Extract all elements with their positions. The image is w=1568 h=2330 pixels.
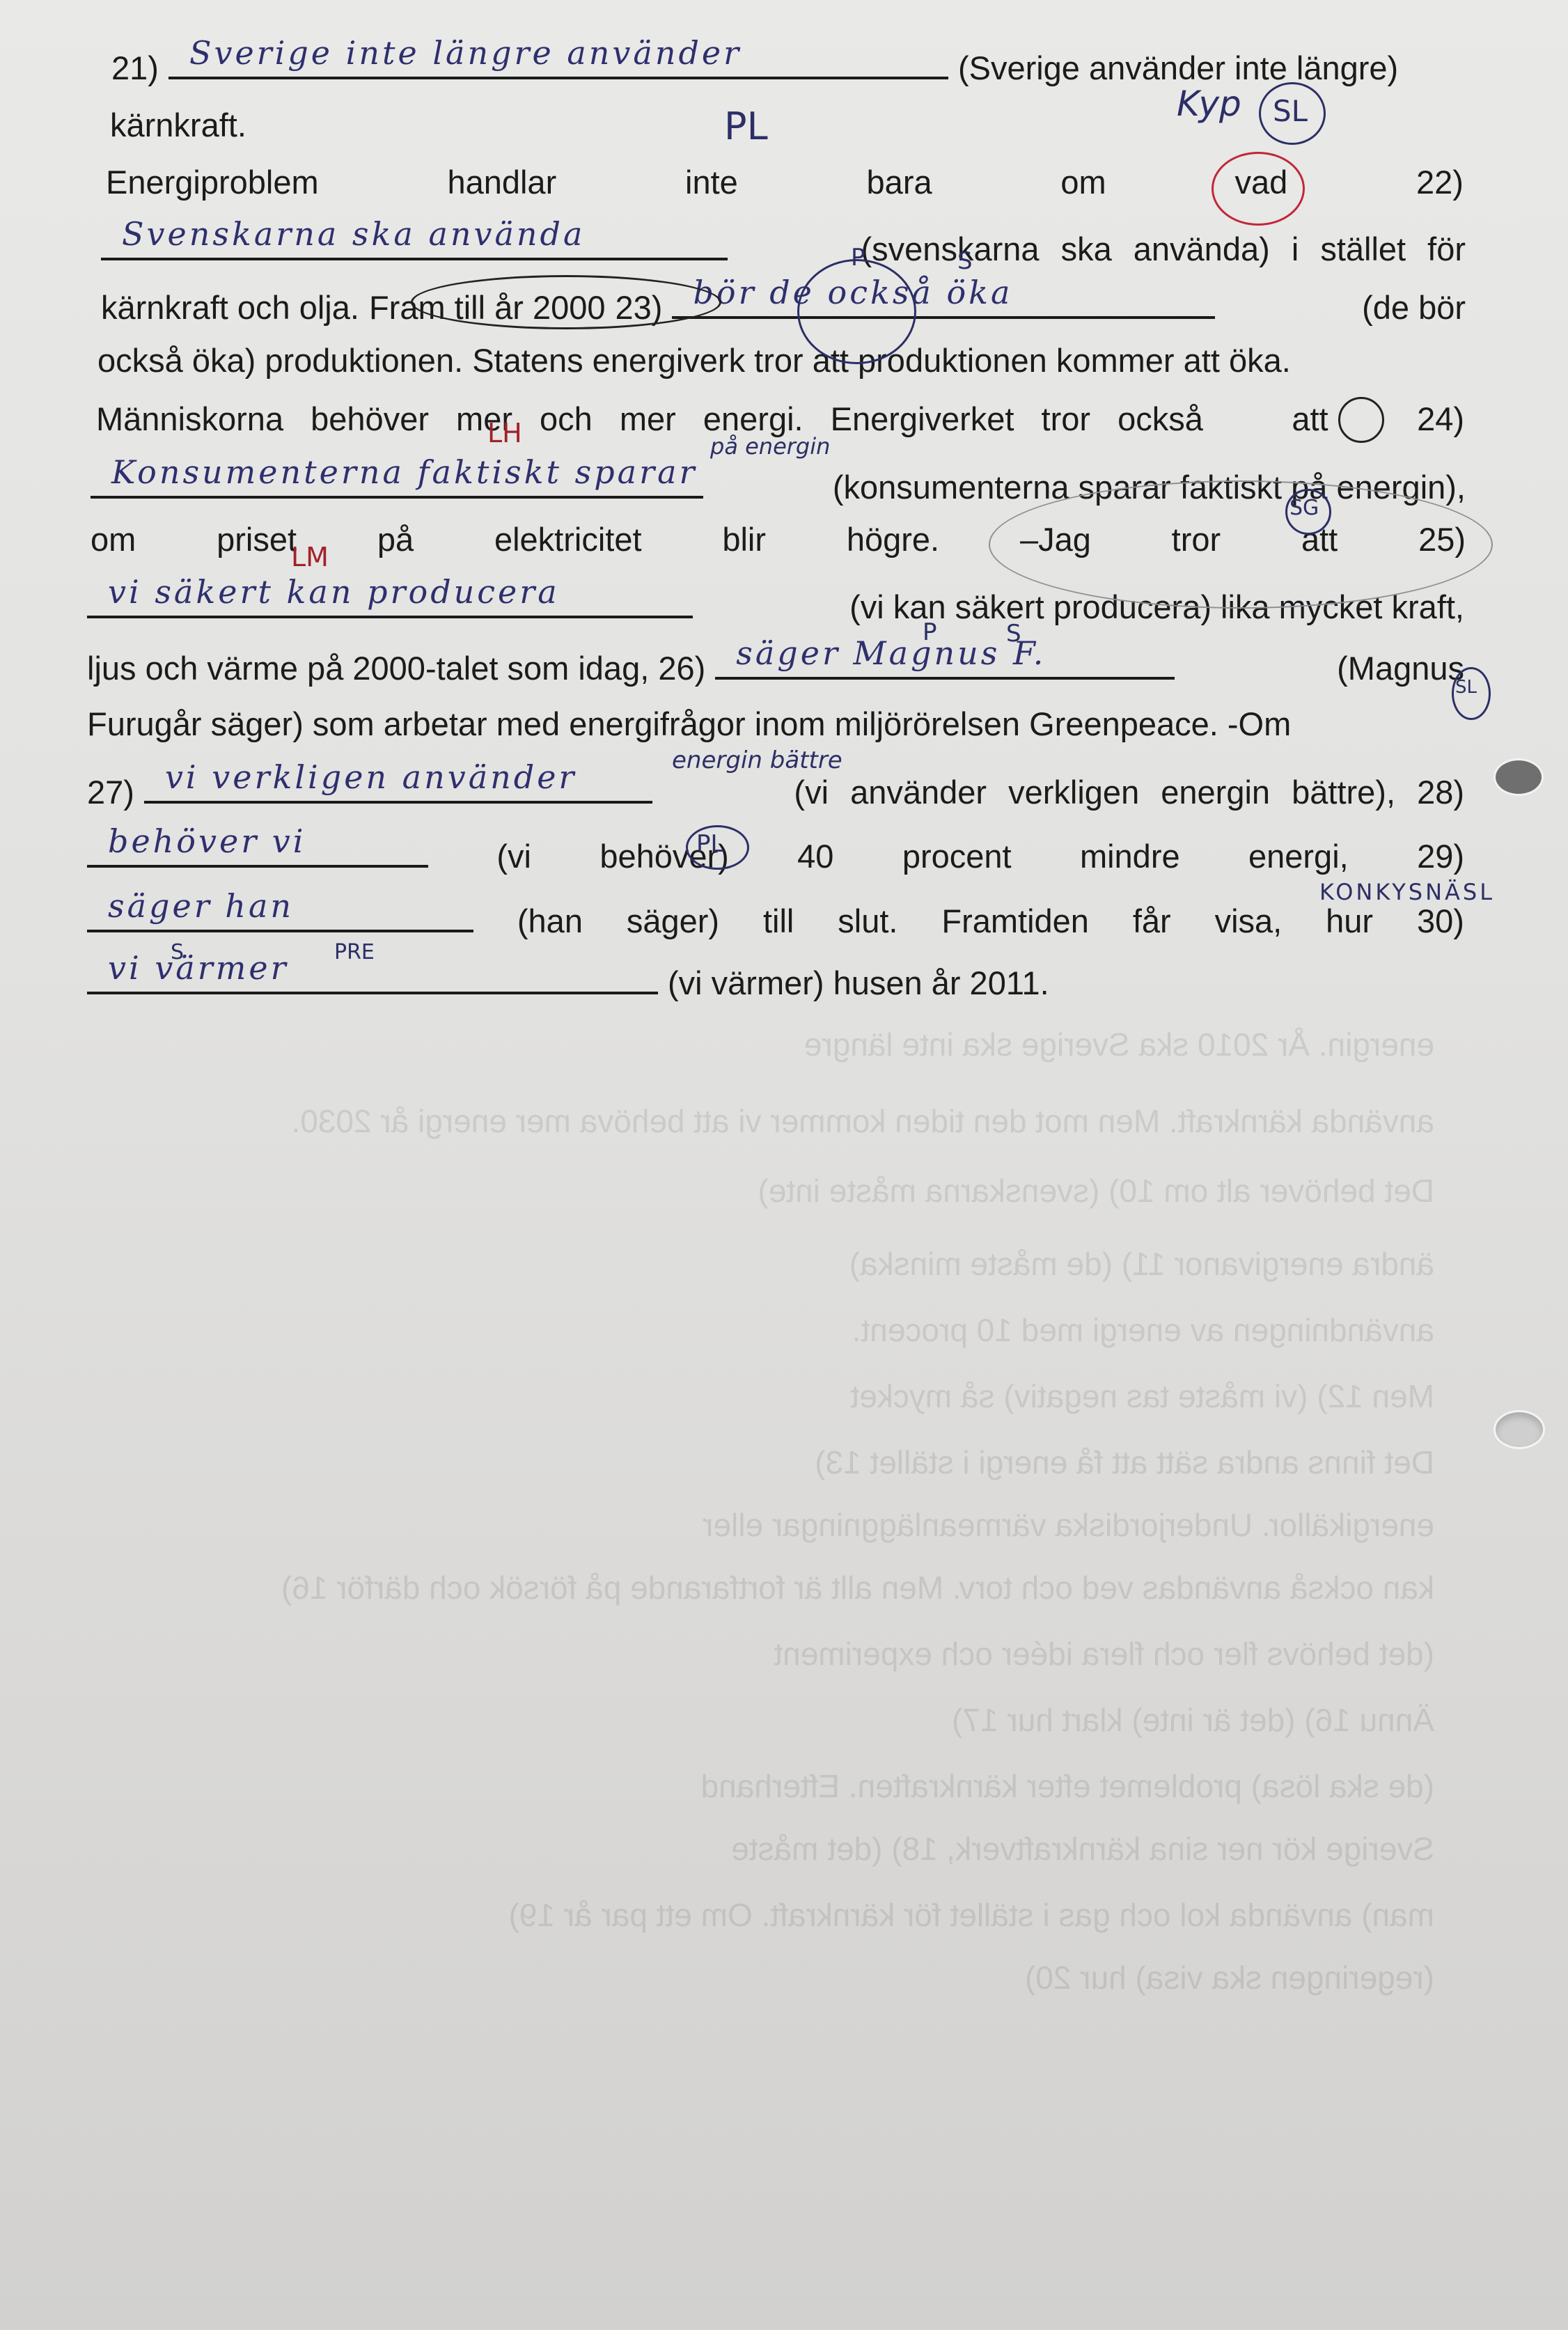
annotation-p: P (923, 618, 937, 646)
item-number: 21) (111, 47, 159, 89)
prompt-text: (vi använder verkligen energin bättre), … (794, 772, 1464, 813)
body-text: Människorna behöver mer och mer energi. … (96, 398, 1203, 440)
answer-blank-28[interactable]: behöver vi (87, 829, 428, 868)
punch-hole (1496, 760, 1542, 794)
word: får (1133, 900, 1171, 942)
prompt-text: (Magnus (1337, 648, 1464, 689)
answer-blank-25[interactable]: vi säkert kan producera (87, 579, 693, 618)
exercise-line-23: kärnkraft och olja. Fram till år 2000 23… (101, 280, 1466, 329)
word: (vi (496, 836, 531, 877)
annotation-kyp: Kyp (1177, 84, 1241, 124)
answer-blank-22[interactable]: Svenskarna ska använda (101, 221, 728, 260)
prompt-text: (Sverige använder inte längre) (958, 47, 1398, 89)
word: (han (517, 900, 583, 942)
word: om (91, 519, 136, 561)
prompt-text: (de bör (1362, 287, 1466, 329)
annotation-s: S (1006, 620, 1021, 648)
annotation-s: S (957, 247, 973, 275)
word: slut. (838, 900, 897, 942)
scanned-page: energin. År 2010 ska Sverige ska inte lä… (0, 0, 1568, 2330)
handwritten-answer: Svenskarna ska använda (122, 213, 585, 255)
ghost-line: energikällor. Underjordiska värmeanläggn… (42, 1504, 1434, 1546)
word: Framtiden (941, 900, 1089, 942)
handwritten-answer: säger Magnus F. (736, 632, 1046, 674)
answer-blank-26[interactable]: säger Magnus F. (715, 641, 1175, 680)
annotation-energin-battre: energin bättre (672, 746, 842, 774)
word: visa, (1215, 900, 1283, 942)
handwritten-answer: Sverige inte längre använder (189, 32, 742, 74)
ghost-line: ändra energivanor 11) (de måste minska) (42, 1243, 1434, 1285)
word: bara (867, 162, 932, 203)
item-number: 29) (1417, 836, 1464, 877)
item-number: 30) (1417, 900, 1464, 942)
annotation-sl: SL (1273, 94, 1308, 128)
handwritten-answer: säger han (108, 885, 294, 927)
text-line: också öka) produktionen. Statens energiv… (97, 340, 1476, 382)
red-circle-vad (1212, 152, 1305, 226)
answer-blank-21[interactable]: Sverige inte längre använder (168, 40, 948, 79)
annotation-pl: PL (724, 104, 768, 148)
punch-hole (1496, 1412, 1543, 1447)
annotation-lm: LM (291, 542, 329, 572)
word: procent (902, 836, 1012, 877)
annotation-sl-right: SL (1455, 677, 1477, 698)
word: inte (685, 162, 738, 203)
ghost-line: (regeringen ska visa) hur 20) (42, 1957, 1434, 1999)
circle-att (1338, 397, 1384, 443)
annotation-pre: PRE (334, 940, 375, 964)
body-text: ljus och värme på 2000-talet som idag, 2… (87, 648, 705, 689)
annotation-sg: SG (1289, 496, 1319, 520)
ghost-line: kan också användas ved och torv. Men all… (42, 1567, 1434, 1609)
exercise-line-26: ljus och värme på 2000-talet som idag, 2… (87, 641, 1464, 689)
annotation-konkysnasl: KONKYSNÄSL (1319, 879, 1495, 905)
prompt-text: (svenskarna ska använda) i stället för (861, 228, 1466, 270)
word: energi, (1248, 836, 1349, 877)
exercise-line-29: säger han (han säger) till slut. Framtid… (87, 893, 1464, 942)
body-text: kärnkraft och olja. (101, 287, 359, 329)
handwritten-answer: vi säkert kan producera (108, 571, 560, 613)
ghost-line: (de ska lösa) problemet efter kärnkrafte… (42, 1765, 1434, 1807)
ghost-line: använda kärnkraft. Men mot den tiden kom… (42, 1100, 1434, 1142)
word: mindre (1080, 836, 1180, 877)
handwritten-answer: vi verkligen använder (165, 756, 577, 798)
word: säger) (627, 900, 719, 942)
word: Energiproblem (106, 162, 319, 203)
word: om (1060, 162, 1106, 203)
word: högre. (847, 519, 939, 561)
word: hur (1326, 900, 1373, 942)
word: blir (722, 519, 766, 561)
ghost-line: man) använda kol och gas i stället för k… (42, 1894, 1434, 1936)
body-text: Furugår säger) som arbetar med energifrå… (87, 703, 1291, 745)
body-text: kärnkraft. (110, 104, 246, 146)
item-number: 27) (87, 772, 134, 813)
annotation-pa-energin: på energin (710, 433, 830, 460)
annotation-lh: LH (487, 418, 522, 448)
handwritten-answer: Konsumenterna faktiskt sparar (111, 451, 698, 493)
ghost-line: Det behöver alt om 10) (svenskarna måste… (42, 1170, 1434, 1212)
ghost-line: (det behövs fler och flera idéer och exp… (42, 1633, 1434, 1675)
exercise-line-22: Svenskarna ska använda (svenskarna ska a… (101, 221, 1466, 270)
exercise-line-30: vi värmer (vi värmer) husen år 2011. (87, 955, 1466, 1004)
answer-blank-29[interactable]: säger han (87, 893, 473, 932)
circle-bor (797, 259, 916, 364)
annotation-s: S (171, 940, 184, 964)
circled-word-att: att (1292, 398, 1328, 440)
annotation-p: P (851, 244, 865, 272)
answer-blank-23[interactable]: bör de också öka (672, 280, 1215, 319)
handwritten-answer: behöver vi (108, 820, 306, 862)
prompt-text: (vi värmer) husen år 2011. (668, 962, 1049, 1004)
answer-blank-27[interactable]: vi verkligen använder (144, 765, 652, 804)
handwritten-answer: vi värmer (108, 947, 289, 989)
word: på (377, 519, 414, 561)
word: elektricitet (494, 519, 642, 561)
answer-blank-24[interactable]: Konsumenterna faktiskt sparar (91, 460, 703, 499)
item-number: 22) (1416, 162, 1464, 203)
exercise-line-21: 21) Sverige inte längre använder (Sverig… (111, 40, 1455, 89)
body-text: också öka) produktionen. Statens energiv… (97, 340, 1291, 382)
word: handlar (447, 162, 556, 203)
circle-fram-till-ar-2000 (411, 275, 721, 329)
ghost-line: Det finns andra sätt att få energi i stä… (42, 1441, 1434, 1483)
ghost-line: energin. År 2010 ska Sverige ska inte lä… (42, 1024, 1434, 1065)
word: till (763, 900, 794, 942)
ghost-line: användningen av energi med 10 procent. (42, 1309, 1434, 1351)
text-line: Furugår säger) som arbetar med energifrå… (87, 703, 1466, 745)
item-number: 24) (1417, 398, 1464, 440)
grey-bracket-loop (989, 480, 1493, 609)
ghost-line: Men 12) (vi måste tas negativ) så mycket (42, 1375, 1434, 1417)
word: 40 (797, 836, 833, 877)
annotation-pl: PL (696, 830, 723, 858)
ghost-line: Ännu 16) (det är inte) klart hur 17) (42, 1699, 1434, 1741)
word: priset (217, 519, 297, 561)
exercise-line-28: behöver vi (vi behöver) 40 procent mindr… (87, 829, 1464, 877)
ghost-line: Sverige kör ner sina kärnkraftverk, 18) … (42, 1828, 1434, 1870)
